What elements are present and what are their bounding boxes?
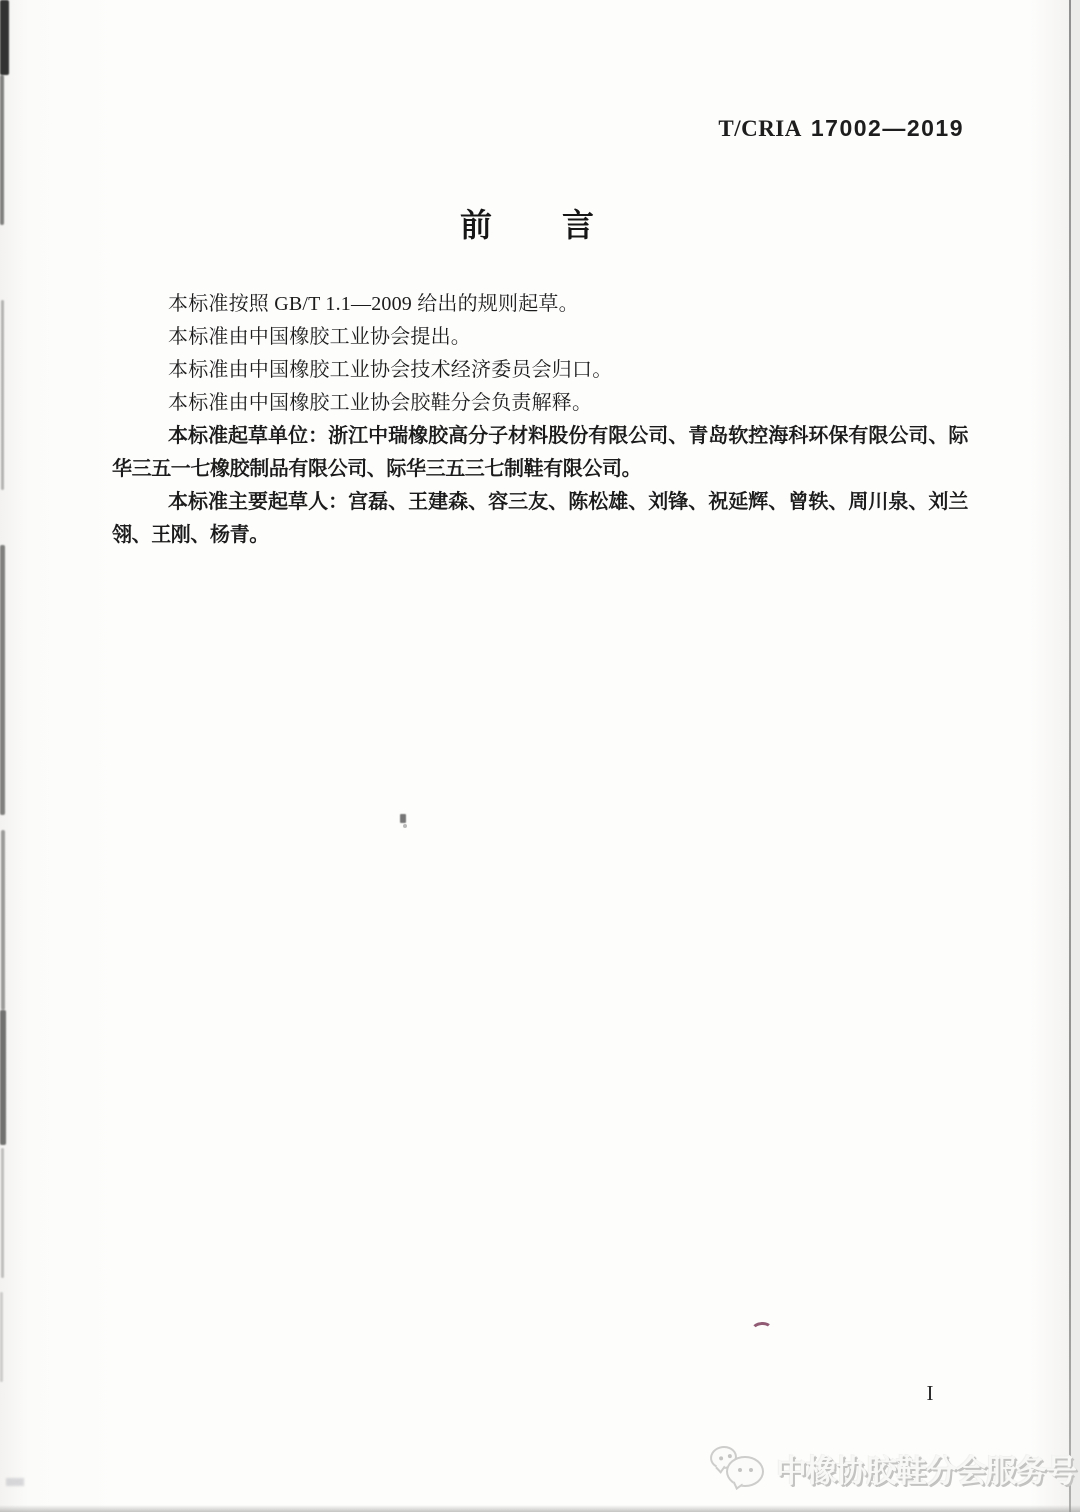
speech-bubble-big-icon: [726, 1456, 764, 1487]
scanned-document-page: T/CRIA17002—2019 前 言 本标准按照 GB/T 1.1—2009…: [0, 0, 1080, 1512]
standard-code: T/CRIA17002—2019: [718, 115, 964, 142]
scan-edge-mark: [0, 1292, 3, 1382]
red-pen-mark: [750, 1321, 773, 1338]
scan-edge-mark: [0, 0, 9, 75]
scan-speck: [403, 824, 407, 828]
page-number: I: [900, 1381, 960, 1406]
scan-edge-mark: [1, 830, 5, 1010]
scan-edge-mark: [1, 300, 4, 490]
service-account-watermark: 中橡协胶鞋分会服务号: [710, 1444, 1076, 1492]
scan-smudge: [6, 1478, 24, 1486]
scan-bottom-shadow: [0, 1505, 1080, 1512]
page-edge-fill: [1071, 0, 1080, 1512]
scan-edge-mark: [0, 545, 5, 815]
paragraph-drafting-units: 本标准起草单位：浙江中瑞橡胶高分子材料股份有限公司、青岛软控海科环保有限公司、际…: [112, 420, 968, 486]
paragraph-drafters: 本标准主要起草人：宫磊、王建森、容三友、陈松雄、刘锋、祝延辉、曾轶、周川泉、刘兰…: [112, 486, 968, 552]
watermark-text: 中橡协胶鞋分会服务号: [776, 1446, 1076, 1491]
scan-edge-mark: [0, 1010, 6, 1145]
paragraph: 本标准按照 GB/T 1.1—2009 给出的规则起草。: [112, 288, 968, 321]
paragraph: 本标准由中国橡胶工业协会胶鞋分会负责解释。: [112, 387, 968, 420]
standard-code-number: 17002—2019: [811, 115, 964, 141]
page-title: 前 言: [0, 200, 1056, 246]
paragraph: 本标准由中国橡胶工业协会提出。: [112, 321, 968, 354]
foreword-body: 本标准按照 GB/T 1.1—2009 给出的规则起草。 本标准由中国橡胶工业协…: [112, 288, 968, 552]
scan-speck: [400, 814, 406, 823]
paragraph: 本标准由中国橡胶工业协会技术经济委员会归口。: [112, 354, 968, 387]
standard-code-prefix: T/CRIA: [718, 116, 802, 141]
wechat-logo-icon: [710, 1444, 766, 1492]
scan-edge-mark: [1, 1148, 4, 1278]
